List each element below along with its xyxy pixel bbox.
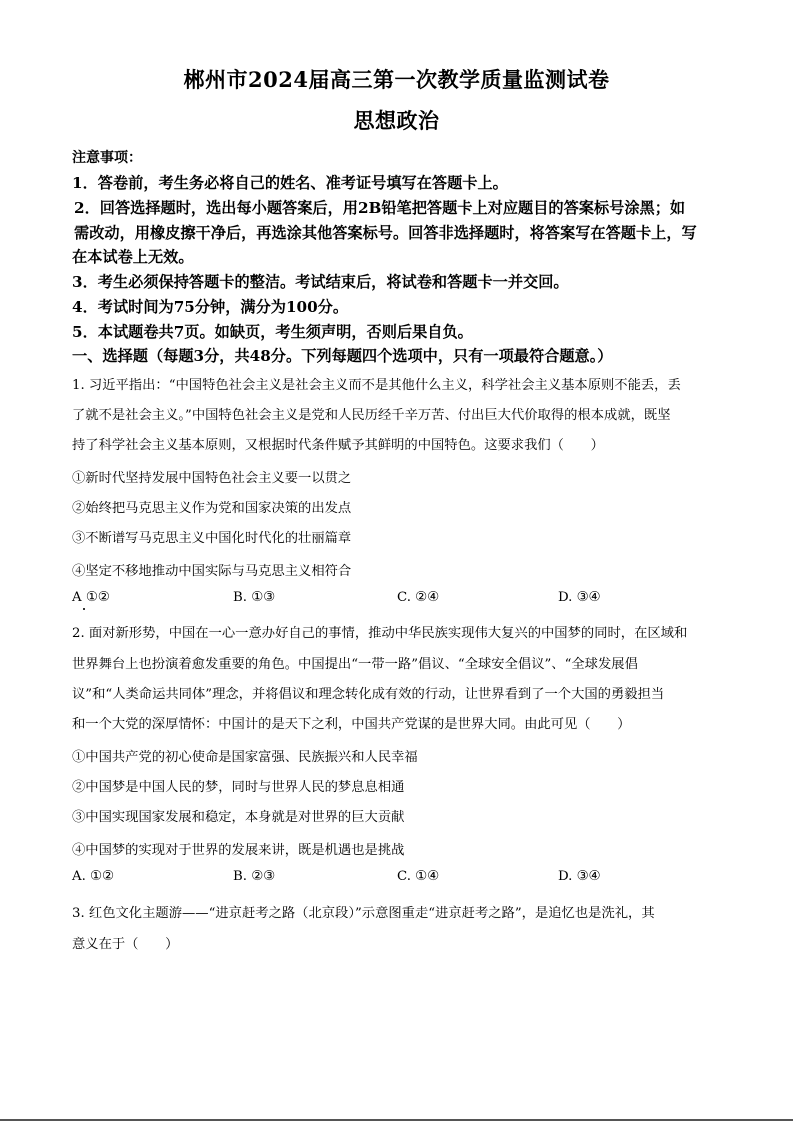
question-2-line-3: 议”和“人类命运共同体”理念，并将倡议和理念转化成有效的行动，让世界看到了一个大… xyxy=(72,683,762,702)
question-1-choice-b[interactable]: B. ①③ xyxy=(233,590,275,605)
question-2-choice-c[interactable]: C. ①④ xyxy=(397,869,439,884)
question-1-statement-2: ②始终把马克思主义作为党和国家决策的出发点 xyxy=(72,497,762,516)
notice-item-3: 3．考生必须保持答题卡的整洁。考试结束后，将试卷和答题卡一并交回。 xyxy=(72,271,762,292)
question-1-choice-a[interactable]: A ①② xyxy=(72,590,110,605)
notice-item-2-cont: 需改动，用橡皮擦干净后，再选涂其他答案标号。回答非选择题时，将答案写在答题卡上，… xyxy=(74,222,764,243)
question-2-statement-1: ①中国共产党的初心使命是国家富强、民族振兴和人民幸福 xyxy=(72,746,762,765)
question-3-line-2: 意义在于（ ） xyxy=(72,933,762,952)
page-bottom-border xyxy=(0,1119,793,1121)
question-2-line-1: 2. 面对新形势，中国在一心一意办好自己的事情，推动中华民族实现伟大复兴的中国梦… xyxy=(72,622,762,641)
section-heading: 一、选择题（每题3分，共48分。下列每题四个选项中，只有一项最符合题意。） xyxy=(72,345,762,366)
question-1-line-2: 了就不是社会主义。”中国特色社会主义是党和人民历经千辛万苦、付出巨大代价取得的根… xyxy=(72,404,762,423)
question-1-choice-c[interactable]: C. ②④ xyxy=(397,590,439,605)
question-1-statement-4: ④坚定不移地推动中国实际与马克思主义相符合 xyxy=(72,560,762,579)
document-subtitle: 思想政治 xyxy=(0,105,793,135)
stray-dot-mark xyxy=(83,608,85,610)
question-2-statement-3: ③中国实现国家发展和稳定，本身就是对世界的巨大贡献 xyxy=(72,806,762,825)
notice-heading: 注意事项： xyxy=(72,147,762,167)
notice-item-4: 4．考试时间为75分钟，满分为100分。 xyxy=(72,296,762,317)
notice-item-2: 2．回答选择题时，选出每小题答案后，用2B铅笔把答题卡上对应题目的答案标号涂黑；… xyxy=(74,197,764,218)
notice-item-5: 5．本试题卷共7页。如缺页，考生须声明，否则后果自负。 xyxy=(72,321,762,342)
question-2-choice-d[interactable]: D. ③④ xyxy=(558,869,600,884)
question-1-choice-d[interactable]: D. ③④ xyxy=(558,590,600,605)
notice-item-1: 1．答卷前，考生务必将自己的姓名、准考证号填写在答题卡上。 xyxy=(72,172,762,193)
question-2-line-2: 世界舞台上也扮演着愈发重要的角色。中国提出“一带一路”倡议、“全球安全倡议”、“… xyxy=(72,653,762,672)
question-1-line-1: 1. 习近平指出：“中国特色社会主义是社会主义而不是其他什么主义，科学社会主义基… xyxy=(72,374,762,393)
notice-item-2-end: 在本试卷上无效。 xyxy=(72,246,762,267)
question-2-line-4: 和一个大党的深厚情怀：中国计的是天下之利，中国共产党谋的是世界大同。由此可见（ … xyxy=(72,713,762,732)
exam-page: 郴州市2024届高三第一次教学质量监测试卷 思想政治 注意事项： 1．答卷前，考… xyxy=(0,0,793,1122)
question-3-line-1: 3. 红色文化主题游——“进京赶考之路（北京段）”示意图重走“进京赶考之路”，是… xyxy=(72,902,762,921)
question-1-line-3: 持了科学社会主义基本原则，又根据时代条件赋予其鲜明的中国特色。这要求我们（ ） xyxy=(72,434,762,453)
question-1-statement-3: ③不断谱写马克思主义中国化时代化的壮丽篇章 xyxy=(72,527,762,546)
document-title: 郴州市2024届高三第一次教学质量监测试卷 xyxy=(0,64,793,94)
question-2-statement-2: ②中国梦是中国人民的梦，同时与世界人民的梦息息相通 xyxy=(72,776,762,795)
question-1-statement-1: ①新时代坚持发展中国特色社会主义要一以贯之 xyxy=(72,467,762,486)
question-2-statement-4: ④中国梦的实现对于世界的发展来讲，既是机遇也是挑战 xyxy=(72,839,762,858)
question-2-choice-a[interactable]: A. ①② xyxy=(72,869,114,884)
question-2-choice-b[interactable]: B. ②③ xyxy=(233,869,275,884)
